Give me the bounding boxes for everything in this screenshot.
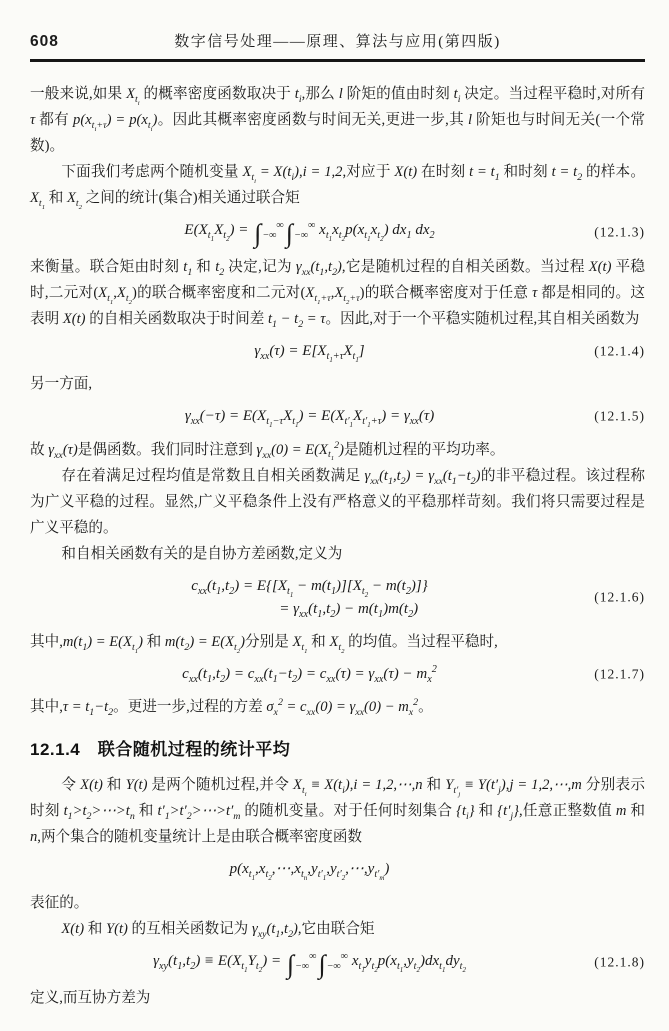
math-inline: p(xti+τ) = p(xti) (73, 112, 157, 128)
math-inline: n (30, 829, 37, 845)
paragraph: 和自相关函数有关的是自协方差函数,定义为 (30, 541, 645, 567)
math-inline: t2 (215, 259, 224, 275)
math-inline: γxx(τ) (48, 442, 78, 458)
math-inline: Xti ≡ X(ti) (293, 777, 350, 793)
paragraph: 一般来说,如果 Xti 的概率密度函数取决于 ti,那么 l 阶矩的值由时刻 t… (30, 81, 645, 159)
math-inline: Y(t) (126, 777, 148, 793)
header-rule (30, 59, 645, 62)
equation-line: γxx(−τ) = E(Xt1−τXt1) = E(Xt′1Xt′1+τ) = … (185, 405, 434, 428)
math-inline: l (468, 112, 472, 128)
integral-sign: ∫ (254, 219, 261, 248)
section-heading: 12.1.4 联合随机过程的统计平均 (30, 735, 645, 760)
equation-line: = γxx(t1,t2) − m(t1)m(t2) (191, 598, 428, 621)
math-inline: γxx(t1,t2) (296, 259, 342, 275)
equation: E(Xt1Xt2) = ∫−∞∞∫−∞∞ xt1xt2p(xt1xt2) dx1… (30, 219, 645, 246)
math-inline: t1 − t2 = τ (268, 311, 326, 327)
math-inline: {ti} (456, 803, 475, 819)
equation: p(xt1,xt2,⋯,xtn,yt′1,yt′2,⋯,yt′m) (30, 858, 645, 881)
paragraph: 定义,而互协方差为 (30, 985, 645, 1011)
math-inline: X(t) (61, 921, 84, 937)
math-inline: τ = t1−t2 (63, 699, 113, 715)
math-inline: j = 1,2,⋯,m (509, 777, 581, 793)
paragraph: 来衡量。联合矩由时刻 t1 和 t2 决定,记为 γxx(t1,t2),它是随机… (30, 254, 645, 332)
math-inline: Xt2+τ (334, 285, 359, 301)
math-inline: γxy(t1,t2) (252, 921, 298, 937)
equation: γxx(τ) = E[Xt1+τXt1](12.1.4) (30, 340, 645, 363)
integral-sign: ∫ (286, 219, 293, 248)
paragraph: 故 γxx(τ)是偶函数。我们同时注意到 γxx(0) = E(Xt12)是随机… (30, 437, 645, 463)
page-number: 608 (30, 33, 102, 51)
paragraph: 存在着满足过程均值是常数且自相关函数满足 γxx(t1,t2) = γxx(t1… (30, 463, 645, 541)
equation-line: γxx(τ) = E[Xt1+τXt1] (254, 340, 364, 363)
math-inline: i = 1,2,⋯,n (353, 777, 422, 793)
math-inline: t′1>t′2>⋯>t′m (157, 803, 240, 819)
math-inline: τ (30, 112, 35, 128)
math-inline: Xt1+τ (305, 285, 330, 301)
math-inline: t1 (183, 259, 192, 275)
equation-line: E(Xt1Xt2) = ∫−∞∞∫−∞∞ xt1xt2p(xt1xt2) dx1… (184, 219, 434, 246)
math-inline: Xti = X(ti) (242, 164, 299, 180)
math-inline: γxx(t1,t2) = γxx(t1−t2) (365, 468, 481, 484)
math-inline: X(t) (80, 777, 103, 793)
math-inline: l (339, 86, 343, 102)
math-inline: γxx(0) = E(Xt12) (257, 442, 344, 458)
equation: cxx(t1,t2) = E{[Xt1 − m(t1)][Xt2 − m(t2)… (30, 575, 645, 622)
math-inline: X(t) (63, 311, 86, 327)
math-inline: Y(t) (106, 921, 128, 937)
math-inline: Xti (126, 86, 140, 102)
equation-line: cxx(t1,t2) = E{[Xt1 − m(t1)][Xt2 − m(t2)… (191, 575, 428, 598)
math-inline: σx2 = cxx(0) = γxx(0) − mx2 (266, 699, 418, 715)
math-inline: Xt1 (30, 190, 45, 206)
equation: cxx(t1,t2) = cxx(t1−t2) = cxx(τ) = γxx(τ… (30, 663, 645, 686)
equation-number: (12.1.3) (594, 222, 645, 243)
equation: γxx(−τ) = E(Xt1−τXt1) = E(Xt′1Xt′1+τ) = … (30, 405, 645, 428)
paragraph: 令 X(t) 和 Y(t) 是两个随机过程,并令 Xti ≡ X(ti),i =… (30, 772, 645, 850)
math-inline: ti (454, 86, 461, 102)
equation-line: γxy(t1,t2) ≡ E(Xt1Yt2) = ∫−∞∞∫−∞∞ xt1yt2… (153, 950, 466, 977)
book-page: 608 数字信号处理——原理、算法与应用(第四版) 一般来说,如果 Xti 的概… (0, 0, 669, 1031)
math-inline: X(t) (589, 259, 612, 275)
math-inline: m(t2) = E(Xt2) (165, 634, 245, 650)
math-inline: X(t) (394, 164, 417, 180)
paragraph: X(t) 和 Y(t) 的互相关函数记为 γxy(t1,t2),它由联合矩 (30, 916, 645, 942)
math-inline: Yt′j ≡ Y(t′j) (445, 777, 506, 793)
math-inline: Xt2 (67, 190, 82, 206)
paragraph: 表征的。 (30, 890, 645, 916)
math-inline: {t′j} (497, 803, 519, 819)
math-inline: m (616, 803, 627, 819)
equation-number: (12.1.8) (594, 953, 645, 974)
integral-sign: ∫ (318, 950, 325, 979)
page-header-title: 数字信号处理——原理、算法与应用(第四版) (102, 30, 573, 51)
math-inline: τ (532, 285, 537, 301)
math-inline: i = 1,2 (303, 164, 343, 180)
document-body: 一般来说,如果 Xti 的概率密度函数取决于 ti,那么 l 阶矩的值由时刻 t… (30, 81, 645, 1011)
paragraph: 另一方面, (30, 371, 645, 397)
equation-number: (12.1.5) (594, 406, 645, 427)
math-inline: Xt2 (329, 634, 344, 650)
paragraph: 下面我们考虑两个随机变量 Xti = X(ti),i = 1,2,对应于 X(t… (30, 159, 645, 211)
math-inline: Xt2 (117, 285, 132, 301)
math-inline: t = t1 (469, 164, 500, 180)
equation-number: (12.1.7) (594, 664, 645, 685)
math-inline: t1>t2>⋯>tn (64, 803, 135, 819)
paragraph: 其中,m(t1) = E(Xt1) 和 m(t2) = E(Xt2)分别是 Xt… (30, 629, 645, 655)
math-inline: m(t1) = E(Xt1) (63, 634, 143, 650)
equation: γxy(t1,t2) ≡ E(Xt1Yt2) = ∫−∞∞∫−∞∞ xt1yt2… (30, 950, 645, 977)
equation-number: (12.1.4) (594, 341, 645, 362)
math-inline: t = t2 (552, 164, 583, 180)
math-inline: Xt1 (292, 634, 307, 650)
equation-line: cxx(t1,t2) = cxx(t1−t2) = cxx(τ) = γxx(τ… (182, 663, 437, 686)
math-inline: ti (295, 86, 302, 102)
equation-number: (12.1.6) (594, 587, 645, 608)
math-inline: Xt1 (98, 285, 113, 301)
equation-line: p(xt1,xt2,⋯,xtn,yt′1,yt′2,⋯,yt′m) (230, 858, 390, 881)
paragraph: 其中,τ = t1−t2。更进一步,过程的方差 σx2 = cxx(0) = γ… (30, 694, 645, 720)
page-header: 608 数字信号处理——原理、算法与应用(第四版) (30, 30, 645, 51)
integral-sign: ∫ (287, 950, 294, 979)
